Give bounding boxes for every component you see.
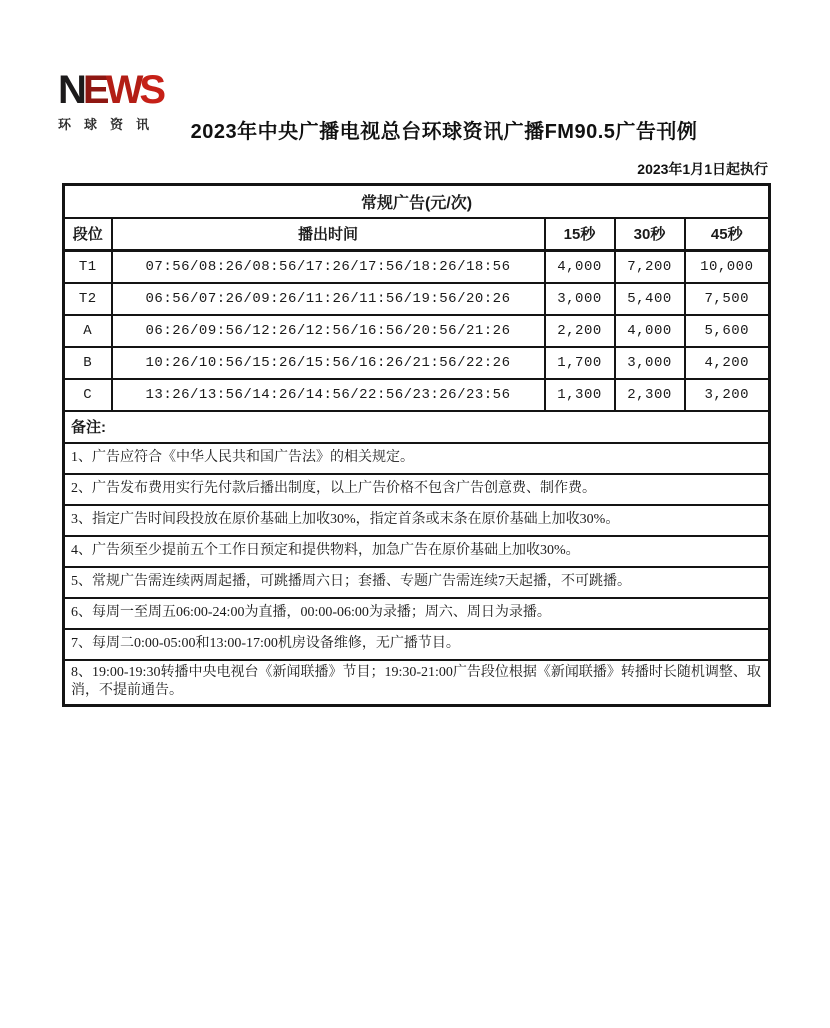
col-header-band: 段位 bbox=[64, 218, 112, 251]
price-30s-cell: 4,000 bbox=[615, 315, 685, 347]
price-15s-cell: 1,300 bbox=[545, 379, 615, 411]
note-text: 3、指定广告时间段投放在原价基础上加收30%，指定首条或末条在原价基础上加收30… bbox=[64, 505, 770, 536]
times-cell: 13:26/13:56/14:26/14:56/22:56/23:26/23:5… bbox=[112, 379, 545, 411]
table-row: A 06:26/09:56/12:26/12:56/16:56/20:56/21… bbox=[64, 315, 770, 347]
notes-label: 备注: bbox=[64, 411, 770, 443]
effective-date: 2023年1月1日起执行 bbox=[637, 159, 768, 179]
table-row: C 13:26/13:56/14:26/14:56/22:56/23:26/23… bbox=[64, 379, 770, 411]
band-cell: A bbox=[64, 315, 112, 347]
table-row: B 10:26/10:56/15:26/15:56/16:26/21:56/22… bbox=[64, 347, 770, 379]
price-15s-cell: 1,700 bbox=[545, 347, 615, 379]
page: N E W S 环球资讯 2023年中央广播电视总台环球资讯广播FM90.5广告… bbox=[0, 0, 830, 1028]
band-cell: T2 bbox=[64, 283, 112, 315]
note-row: 2、广告发布费用实行先付款后播出制度，以上广告价格不包含广告创意费、制作费。 bbox=[64, 474, 770, 505]
logo-letter-w: W bbox=[106, 70, 140, 110]
table-row: T2 06:56/07:26/09:26/11:26/11:56/19:56/2… bbox=[64, 283, 770, 315]
logo-letter-e: E bbox=[83, 70, 106, 110]
table-header-row: 段位 播出时间 15秒 30秒 45秒 bbox=[64, 218, 770, 251]
price-30s-cell: 3,000 bbox=[615, 347, 685, 379]
note-text: 6、每周一至周五06:00-24:00为直播，00:00-06:00为录播；周六… bbox=[64, 598, 770, 629]
price-45s-cell: 4,200 bbox=[685, 347, 770, 379]
note-text: 7、每周二0:00-05:00和13:00-17:00机房设备维修，无广播节目。 bbox=[64, 629, 770, 660]
price-15s-cell: 3,000 bbox=[545, 283, 615, 315]
logo-news-wordmark: N E W S bbox=[58, 70, 158, 110]
price-45s-cell: 3,200 bbox=[685, 379, 770, 411]
note-text: 2、广告发布费用实行先付款后播出制度，以上广告价格不包含广告创意费、制作费。 bbox=[64, 474, 770, 505]
table-title: 常规广告(元/次) bbox=[64, 185, 770, 218]
note-row: 8、19:00-19:30转播中央电视台《新闻联播》节目；19:30-21:00… bbox=[64, 660, 770, 706]
note-row: 4、广告须至少提前五个工作日预定和提供物料，加急广告在原价基础上加收30%。 bbox=[64, 536, 770, 567]
rate-table: 常规广告(元/次) 段位 播出时间 15秒 30秒 45秒 T1 07:56/0… bbox=[62, 183, 771, 707]
page-title: 2023年中央广播电视总台环球资讯广播FM90.5广告刊例 bbox=[0, 115, 830, 144]
col-header-time: 播出时间 bbox=[112, 218, 545, 251]
note-row: 7、每周二0:00-05:00和13:00-17:00机房设备维修，无广播节目。 bbox=[64, 629, 770, 660]
price-30s-cell: 7,200 bbox=[615, 251, 685, 283]
times-cell: 07:56/08:26/08:56/17:26/17:56/18:26/18:5… bbox=[112, 251, 545, 283]
note-text: 1、广告应符合《中华人民共和国广告法》的相关规定。 bbox=[64, 443, 770, 474]
col-header-45s: 45秒 bbox=[685, 218, 770, 251]
times-cell: 10:26/10:56/15:26/15:56/16:26/21:56/22:2… bbox=[112, 347, 545, 379]
band-cell: C bbox=[64, 379, 112, 411]
price-30s-cell: 5,400 bbox=[615, 283, 685, 315]
col-header-15s: 15秒 bbox=[545, 218, 615, 251]
price-45s-cell: 7,500 bbox=[685, 283, 770, 315]
note-text: 4、广告须至少提前五个工作日预定和提供物料，加急广告在原价基础上加收30%。 bbox=[64, 536, 770, 567]
times-cell: 06:26/09:56/12:26/12:56/16:56/20:56/21:2… bbox=[112, 315, 545, 347]
note-row: 5、常规广告需连续两周起播，可跳播周六日；套播、专题广告需连续7天起播，不可跳播… bbox=[64, 567, 770, 598]
table-row: T1 07:56/08:26/08:56/17:26/17:56/18:26/1… bbox=[64, 251, 770, 283]
note-text: 8、19:00-19:30转播中央电视台《新闻联播》节目；19:30-21:00… bbox=[64, 660, 770, 706]
price-30s-cell: 2,300 bbox=[615, 379, 685, 411]
price-15s-cell: 2,200 bbox=[545, 315, 615, 347]
col-header-30s: 30秒 bbox=[615, 218, 685, 251]
note-row: 1、广告应符合《中华人民共和国广告法》的相关规定。 bbox=[64, 443, 770, 474]
band-cell: B bbox=[64, 347, 112, 379]
note-row: 3、指定广告时间段投放在原价基础上加收30%，指定首条或末条在原价基础上加收30… bbox=[64, 505, 770, 536]
price-45s-cell: 5,600 bbox=[685, 315, 770, 347]
times-cell: 06:56/07:26/09:26/11:26/11:56/19:56/20:2… bbox=[112, 283, 545, 315]
price-45s-cell: 10,000 bbox=[685, 251, 770, 283]
note-row: 6、每周一至周五06:00-24:00为直播，00:00-06:00为录播；周六… bbox=[64, 598, 770, 629]
price-15s-cell: 4,000 bbox=[545, 251, 615, 283]
band-cell: T1 bbox=[64, 251, 112, 283]
logo-letter-s: S bbox=[139, 70, 162, 110]
table-title-row: 常规广告(元/次) bbox=[64, 185, 770, 218]
logo-letter-n: N bbox=[58, 70, 83, 110]
note-text: 5、常规广告需连续两周起播，可跳播周六日；套播、专题广告需连续7天起播，不可跳播… bbox=[64, 567, 770, 598]
notes-header-row: 备注: bbox=[64, 411, 770, 443]
